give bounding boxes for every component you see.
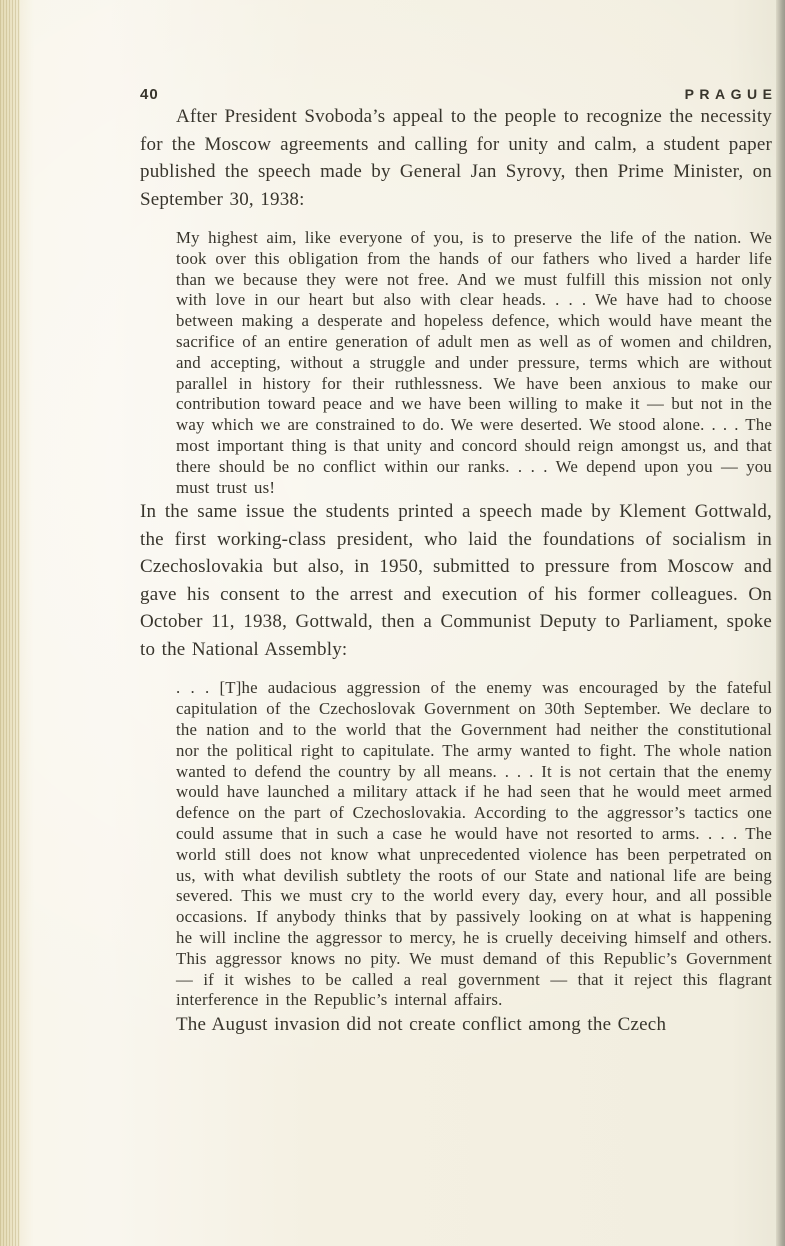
page-header: 40 PRAGUE <box>140 86 772 103</box>
paragraph-closing: The August invasion did not create confl… <box>140 1011 772 1039</box>
book-spine-edge <box>0 0 20 1246</box>
running-head: PRAGUE <box>685 86 778 102</box>
page-content: 40 PRAGUE After President Svoboda’s appe… <box>140 86 772 1039</box>
book-page-scan: 40 PRAGUE After President Svoboda’s appe… <box>0 0 785 1246</box>
quote-gottwald-speech: . . . [T]he audacious aggression of the … <box>176 678 772 1011</box>
page-right-edge <box>776 0 785 1246</box>
paragraph-intro: After President Svoboda’s appeal to the … <box>140 103 772 213</box>
page-number: 40 <box>140 86 159 103</box>
paragraph-gottwald: In the same issue the students printed a… <box>140 498 772 663</box>
quote-syrovy-speech: My highest aim, like everyone of you, is… <box>176 228 772 498</box>
